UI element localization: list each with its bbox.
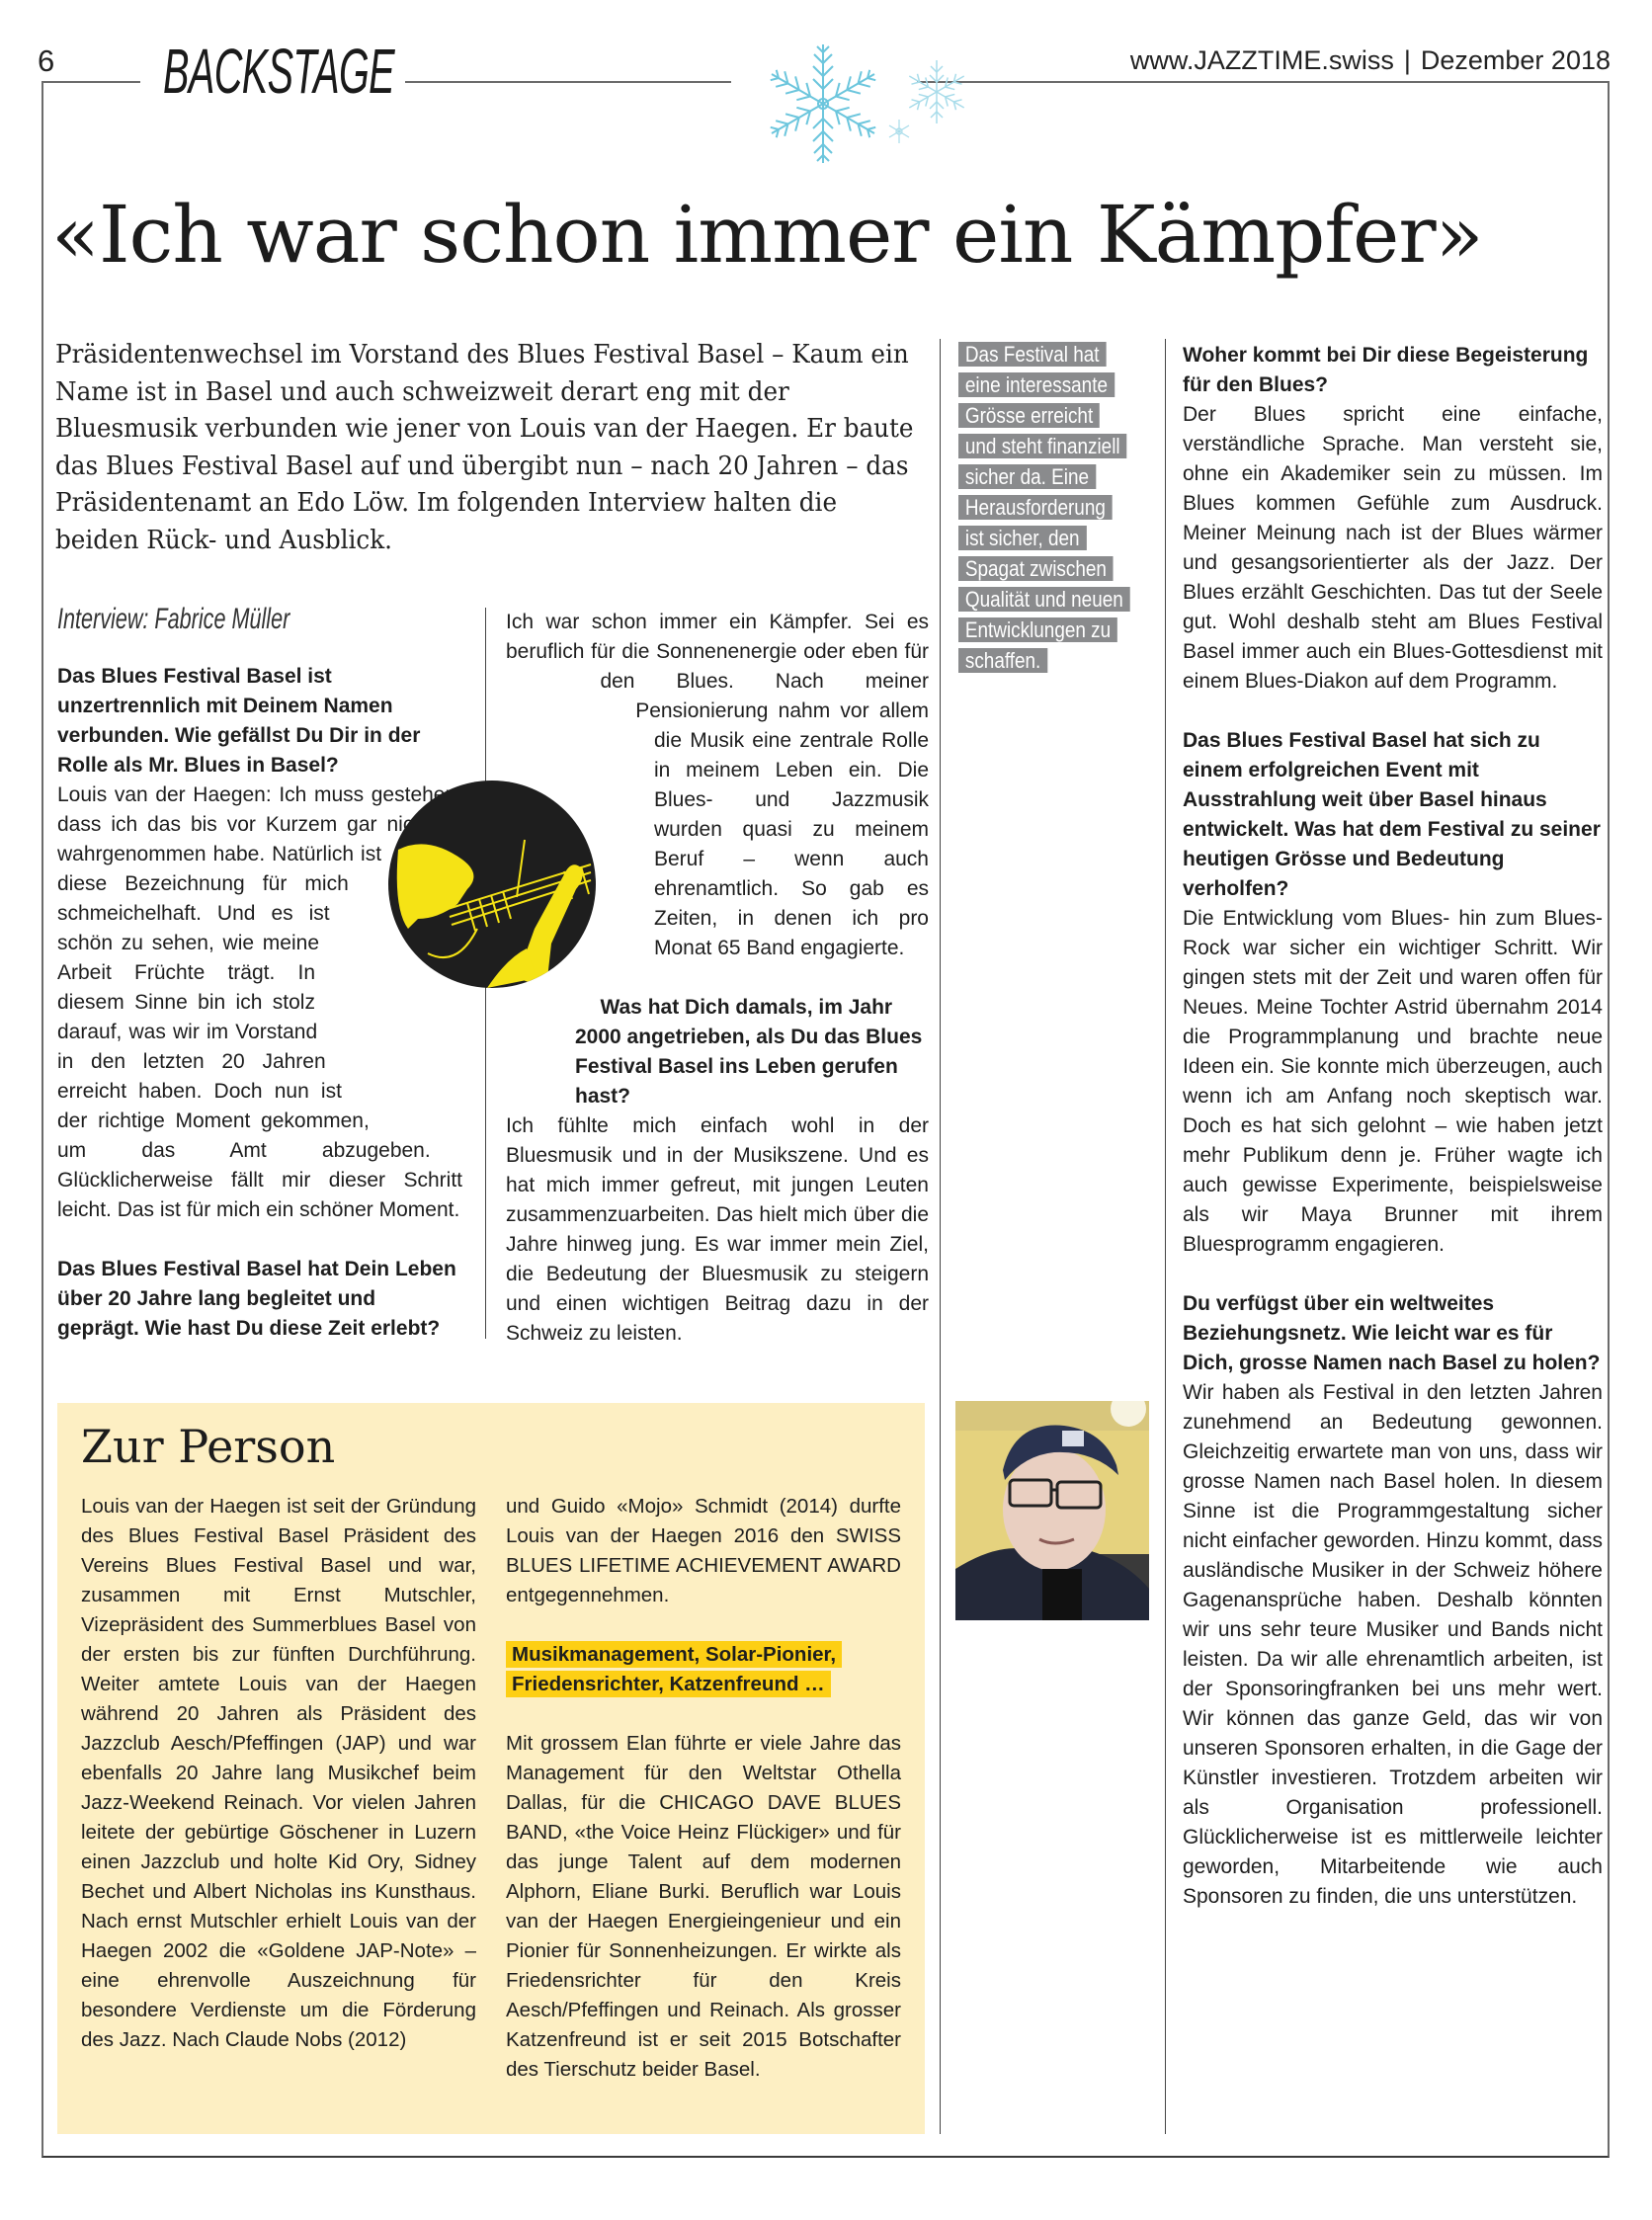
article-lead: Präsidentenwechsel im Vorstand des Blues…: [55, 336, 924, 558]
person-column-1: Louis van der Haegen ist seit der Gründu…: [81, 1492, 476, 2055]
snowflake-icon: [886, 119, 912, 144]
interview-answer: Ich war schon immer ein Kämpfer. Sei es …: [506, 608, 929, 963]
interview-question: Woher kommt bei Dir diese Begeisterung f…: [1183, 341, 1603, 400]
separator: |: [1404, 45, 1411, 75]
person-text: Mit grossem Elan führte er viele Jahre d…: [506, 1729, 901, 2085]
masthead: www.JAZZTIME.swiss|Dezember 2018: [1130, 45, 1611, 76]
interview-question: Du verfügst über ein weltweites Beziehun…: [1183, 1289, 1603, 1378]
interview-answer: Die Entwicklung vom Blues- hin zum Blues…: [1183, 904, 1603, 1260]
page-number: 6: [38, 43, 54, 79]
article-headline: «Ich war schon immer ein Kämpfer»: [51, 188, 1483, 283]
interview-question: Das Blues Festival Basel ist unzertrennl…: [57, 662, 462, 781]
person-text: und Guido «Mojo» Schmidt (2014) durfte L…: [506, 1492, 901, 1610]
column-divider: [940, 339, 941, 2134]
issue-date: Dezember 2018: [1421, 45, 1611, 75]
website-link[interactable]: www.JAZZTIME.swiss: [1130, 45, 1394, 75]
pull-quote-text: Das Festival hat eine interessante Gröss…: [958, 342, 1130, 673]
interview-answer: Ich fühlte mich einfach wohl in der Blue…: [506, 1111, 929, 1349]
column-4: Woher kommt bei Dir diese Begeisterung f…: [1183, 341, 1603, 1912]
snowflake-icon: [769, 40, 877, 168]
column-divider: [1165, 339, 1166, 2134]
person-column-2: und Guido «Mojo» Schmidt (2014) durfte L…: [506, 1492, 901, 2085]
column-1: Das Blues Festival Basel ist unzertrennl…: [57, 662, 462, 1344]
person-box-title: Zur Person: [81, 1420, 335, 1473]
highlight-tagline: Musikmanagement, Solar-Pionier, Friedens…: [506, 1641, 842, 1697]
pull-quote: Das Festival hat eine interessante Gröss…: [958, 339, 1128, 676]
portrait-photo: [955, 1401, 1149, 1620]
interview-answer: Wir haben als Festival in den letzten Ja…: [1183, 1378, 1603, 1912]
byline: Interview: Fabrice Müller: [57, 603, 289, 636]
column-2: Ich war schon immer ein Kämpfer. Sei es …: [506, 608, 929, 1349]
snowflake-icon: [902, 57, 971, 126]
interview-question: Das Blues Festival Basel hat sich zu ein…: [1183, 726, 1603, 904]
interview-answer: Der Blues spricht eine einfache, verstän…: [1183, 400, 1603, 697]
interview-question: Das Blues Festival Basel hat Dein Leben …: [57, 1255, 462, 1344]
